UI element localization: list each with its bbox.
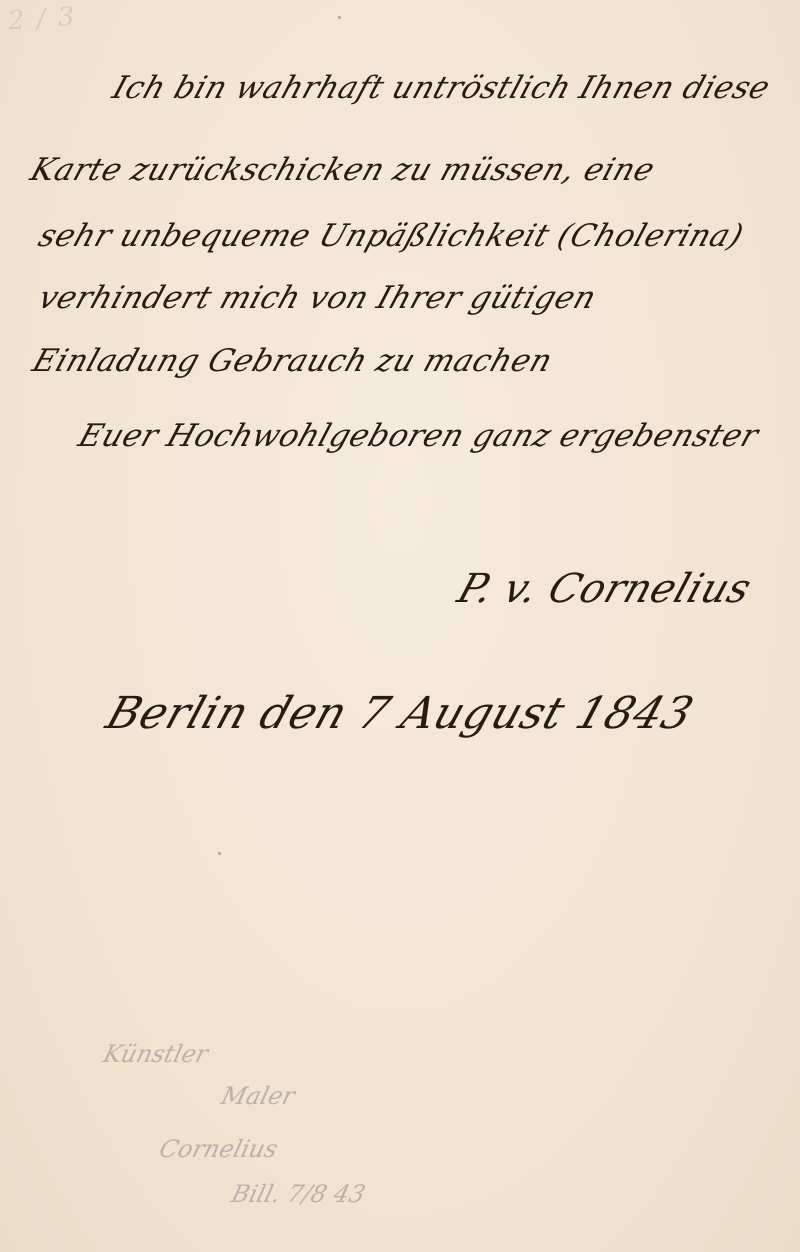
paper-speck bbox=[338, 16, 341, 19]
letter-line-5: Einladung Gebrauch zu machen bbox=[28, 343, 557, 379]
signature: P. v. Cornelius bbox=[452, 566, 757, 612]
letter-line-2: Karte zurückschicken zu müssen, eine bbox=[26, 152, 659, 188]
letter-line-1: Ich bin wahrhaft untröstlich Ihnen diese bbox=[108, 70, 775, 106]
letter-paper: 2 / 3 Ich bin wahrhaft untröstlich Ihnen… bbox=[0, 0, 800, 1252]
letter-line-4: verhindert mich von Ihrer gütigen bbox=[34, 280, 601, 316]
letter-closing: Euer Hochwohlgeboren ganz ergebenster bbox=[74, 418, 763, 454]
archive-corner-mark: 2 / 3 bbox=[7, 2, 77, 37]
pencil-note-2: Maler bbox=[219, 1082, 298, 1110]
pencil-note-3: Cornelius bbox=[157, 1135, 281, 1163]
letter-line-3: sehr unbequeme Unpäßlichkeit (Cholerina) bbox=[34, 218, 748, 254]
pencil-note-4: Bill. 7/8 43 bbox=[229, 1180, 369, 1208]
place-and-date: Berlin den 7 August 1843 bbox=[100, 688, 700, 739]
pencil-note-1: Künstler bbox=[101, 1040, 212, 1068]
paper-speck bbox=[218, 852, 221, 855]
